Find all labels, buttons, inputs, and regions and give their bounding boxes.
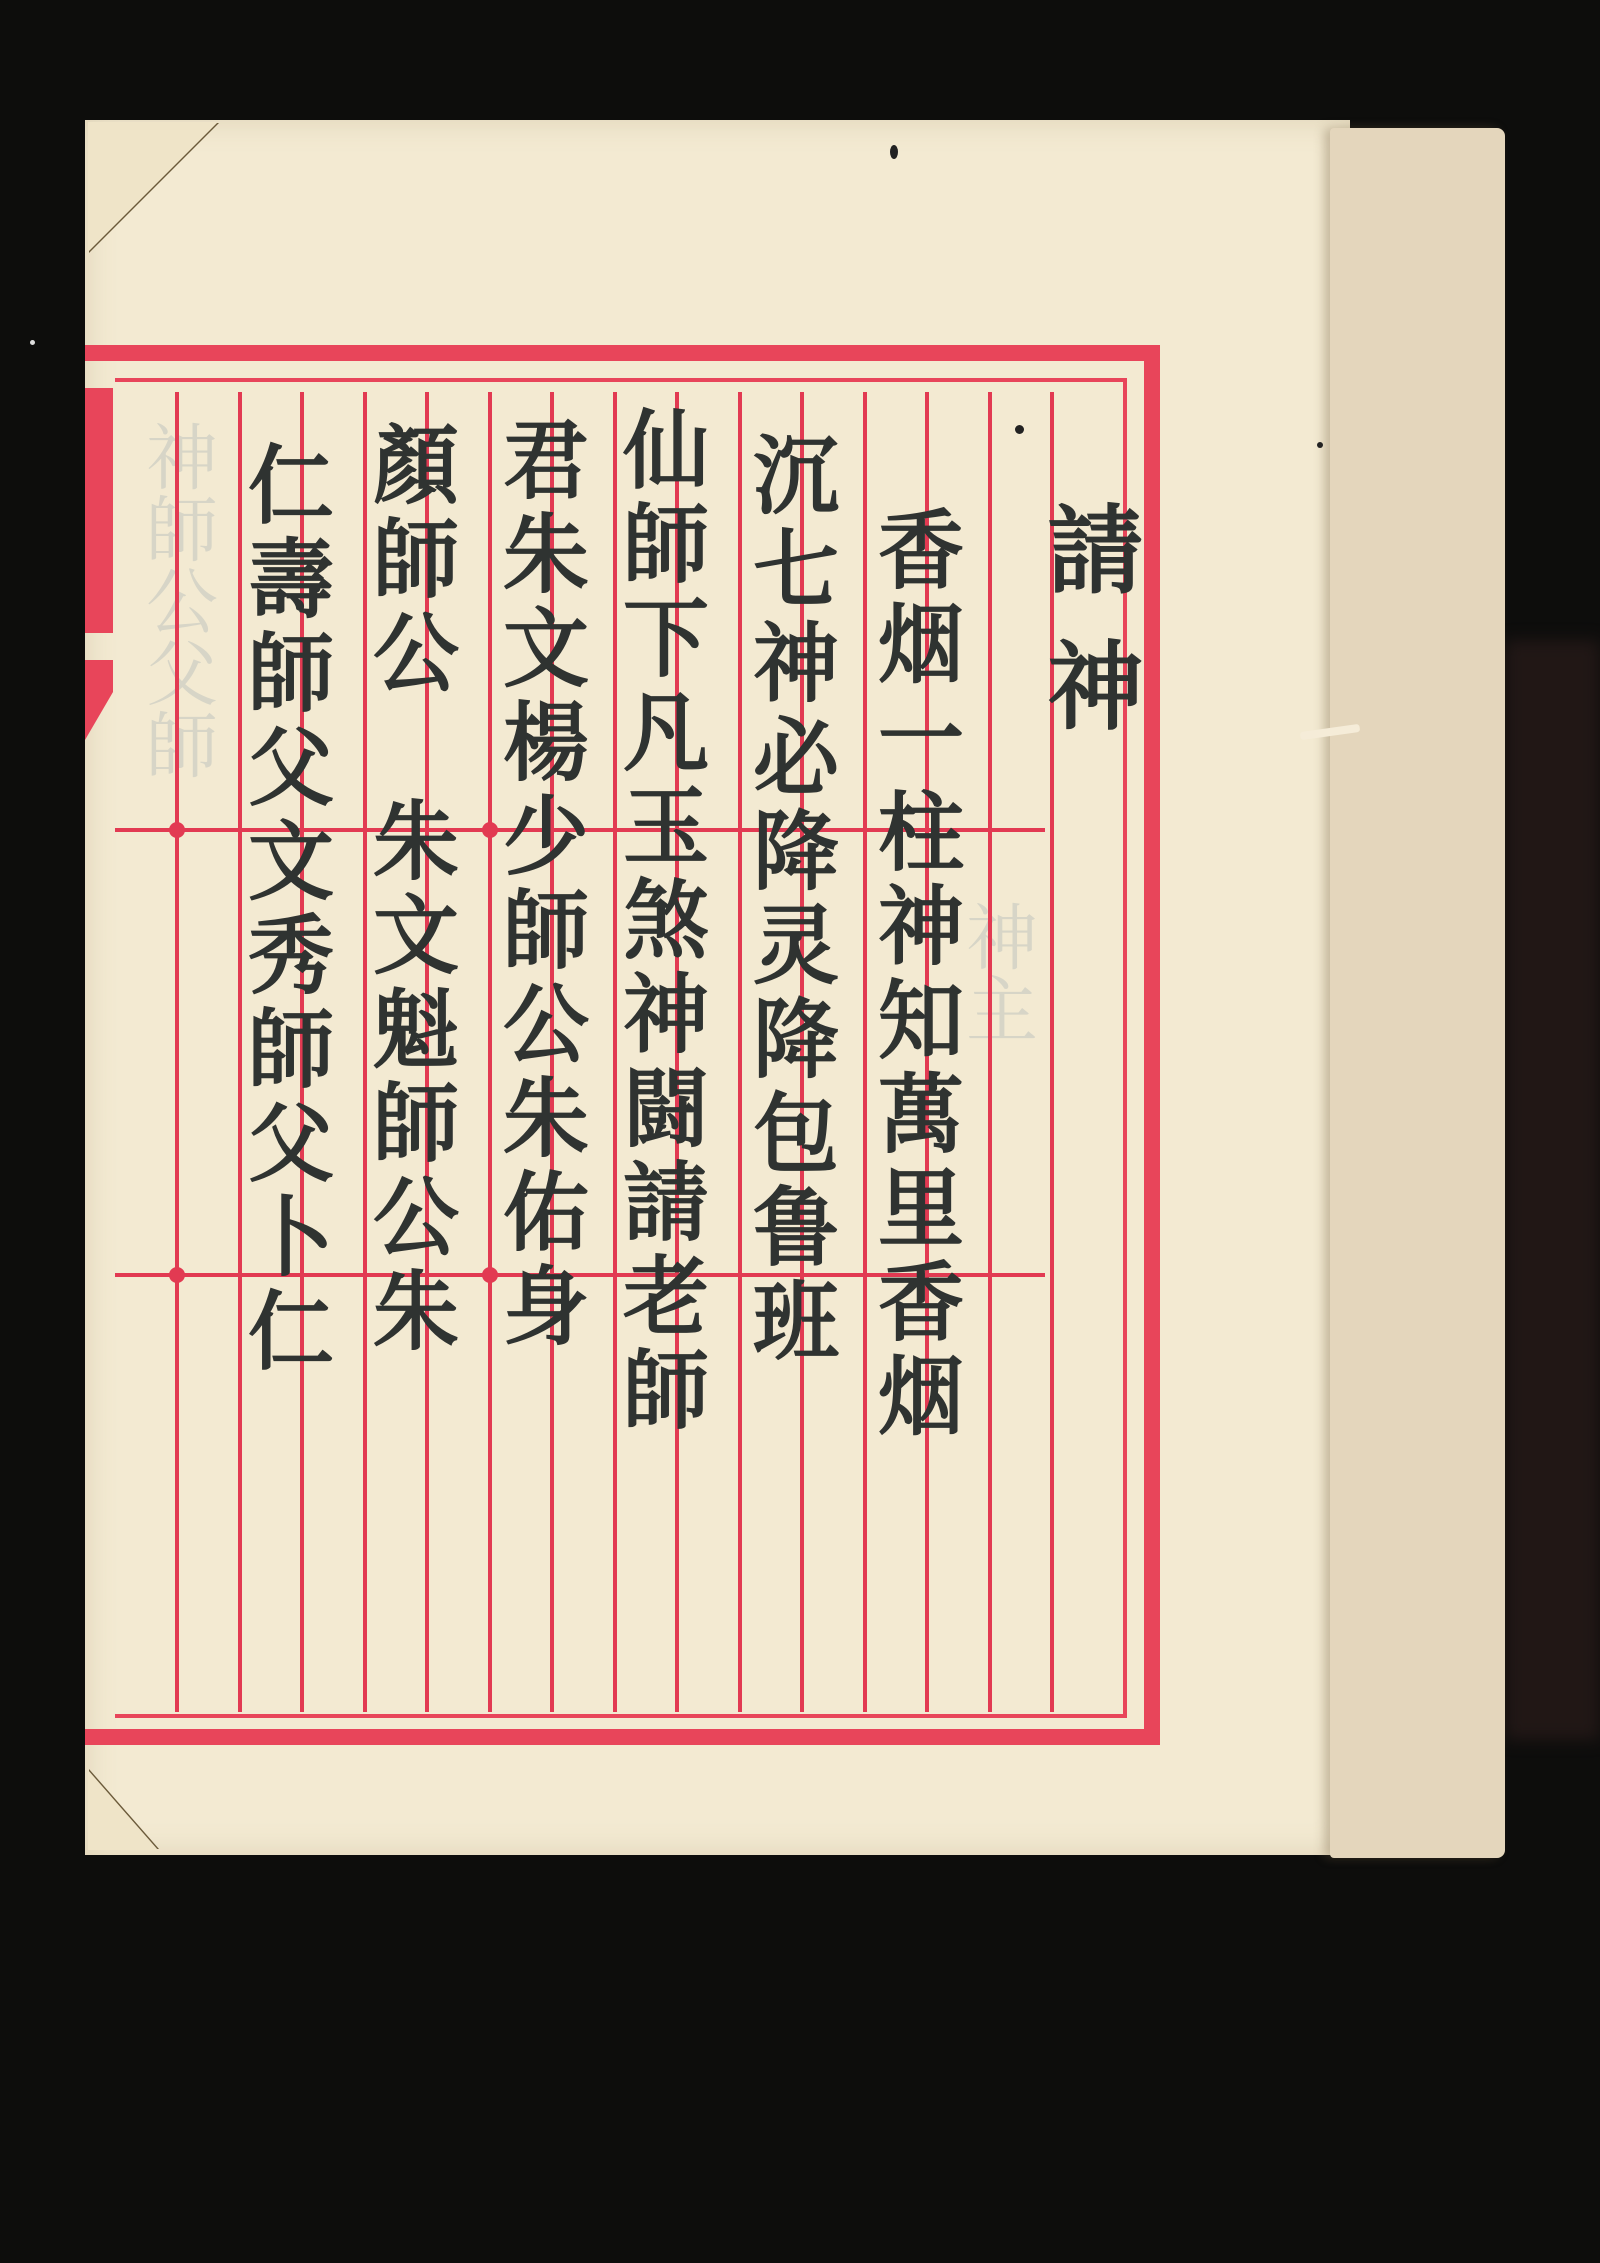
paper-blemish xyxy=(890,145,898,159)
text-column-4: 君朱文楊少師公朱佑身 xyxy=(495,415,581,1355)
text-column-2: 沉七神必降灵降包鲁班 xyxy=(745,430,831,1370)
text-column-6: 仁壽師父文秀師父卜仁 xyxy=(240,440,326,1380)
text-column-3: 仙師下凡玉煞神闘請老師 xyxy=(615,405,701,1439)
folded-corner-top xyxy=(88,122,218,252)
scan-speck xyxy=(30,340,35,345)
background-shadow xyxy=(1505,640,1600,1740)
title-heading: 請神 xyxy=(1040,500,1136,772)
text-column-1: 香烟一柱神知萬里香烟 xyxy=(870,505,956,1445)
column-rule xyxy=(988,392,992,1712)
rule-dot xyxy=(169,1267,185,1283)
rule-dot xyxy=(169,822,185,838)
column-rule xyxy=(175,392,179,1712)
folded-corner-bottom xyxy=(88,1770,158,1850)
text-column-5: 顏師公 朱文魁師公朱 xyxy=(365,420,451,1360)
paper-blemish xyxy=(1317,442,1323,448)
paper-blemish xyxy=(1015,425,1024,434)
red-frame-tab xyxy=(85,388,113,633)
book-spine xyxy=(1330,128,1505,1858)
